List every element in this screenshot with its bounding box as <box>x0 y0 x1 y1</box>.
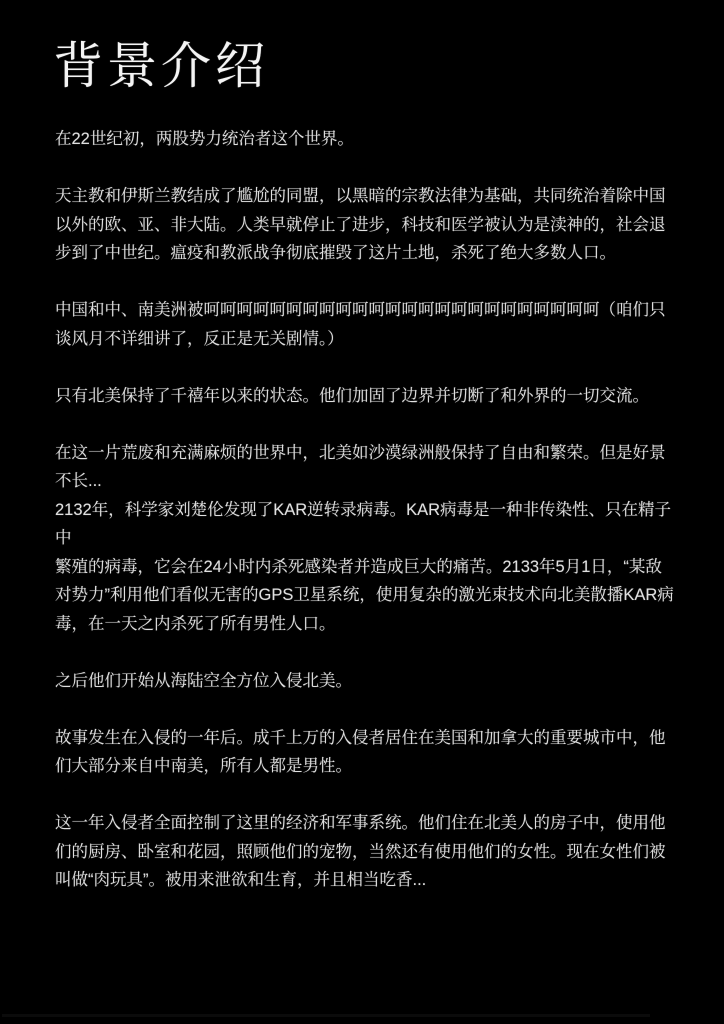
paragraph: 在22世纪初，两股势力统治者这个世界。 <box>55 125 677 154</box>
story-text-content: 在22世纪初，两股势力统治者这个世界。天主教和伊斯兰教结成了尴尬的同盟，以黑暗的… <box>55 125 677 895</box>
page: 背景介绍 在22世纪初，两股势力统治者这个世界。天主教和伊斯兰教结成了尴尬的同盟… <box>0 0 724 1024</box>
bottom-artifact-line <box>2 1014 650 1017</box>
paragraph: 天主教和伊斯兰教结成了尴尬的同盟，以黑暗的宗教法律为基础，共同统治着除中国 以外… <box>55 182 677 268</box>
paragraph: 之后他们开始从海陆空全方位入侵北美。 <box>55 667 677 696</box>
paragraph: 中国和中、南美洲被呵呵呵呵呵呵呵呵呵呵呵呵呵呵呵呵呵呵呵呵呵呵呵呵（咱们只 谈风… <box>55 296 677 353</box>
paragraph: 只有北美保持了千禧年以来的状态。他们加固了边界并切断了和外界的一切交流。 <box>55 382 677 411</box>
paragraph: 这一年入侵者全面控制了这里的经济和军事系统。他们住在北美人的房子中，使用他 们的… <box>55 809 677 895</box>
paragraph: 在这一片荒废和充满麻烦的世界中，北美如沙漠绿洲般保持了自由和繁荣。但是好景 不长… <box>55 439 677 639</box>
page-title: 背景介绍 <box>53 26 269 98</box>
paragraph: 故事发生在入侵的一年后。成千上万的入侵者居住在美国和加拿大的重要城市中，他 们大… <box>55 724 677 781</box>
